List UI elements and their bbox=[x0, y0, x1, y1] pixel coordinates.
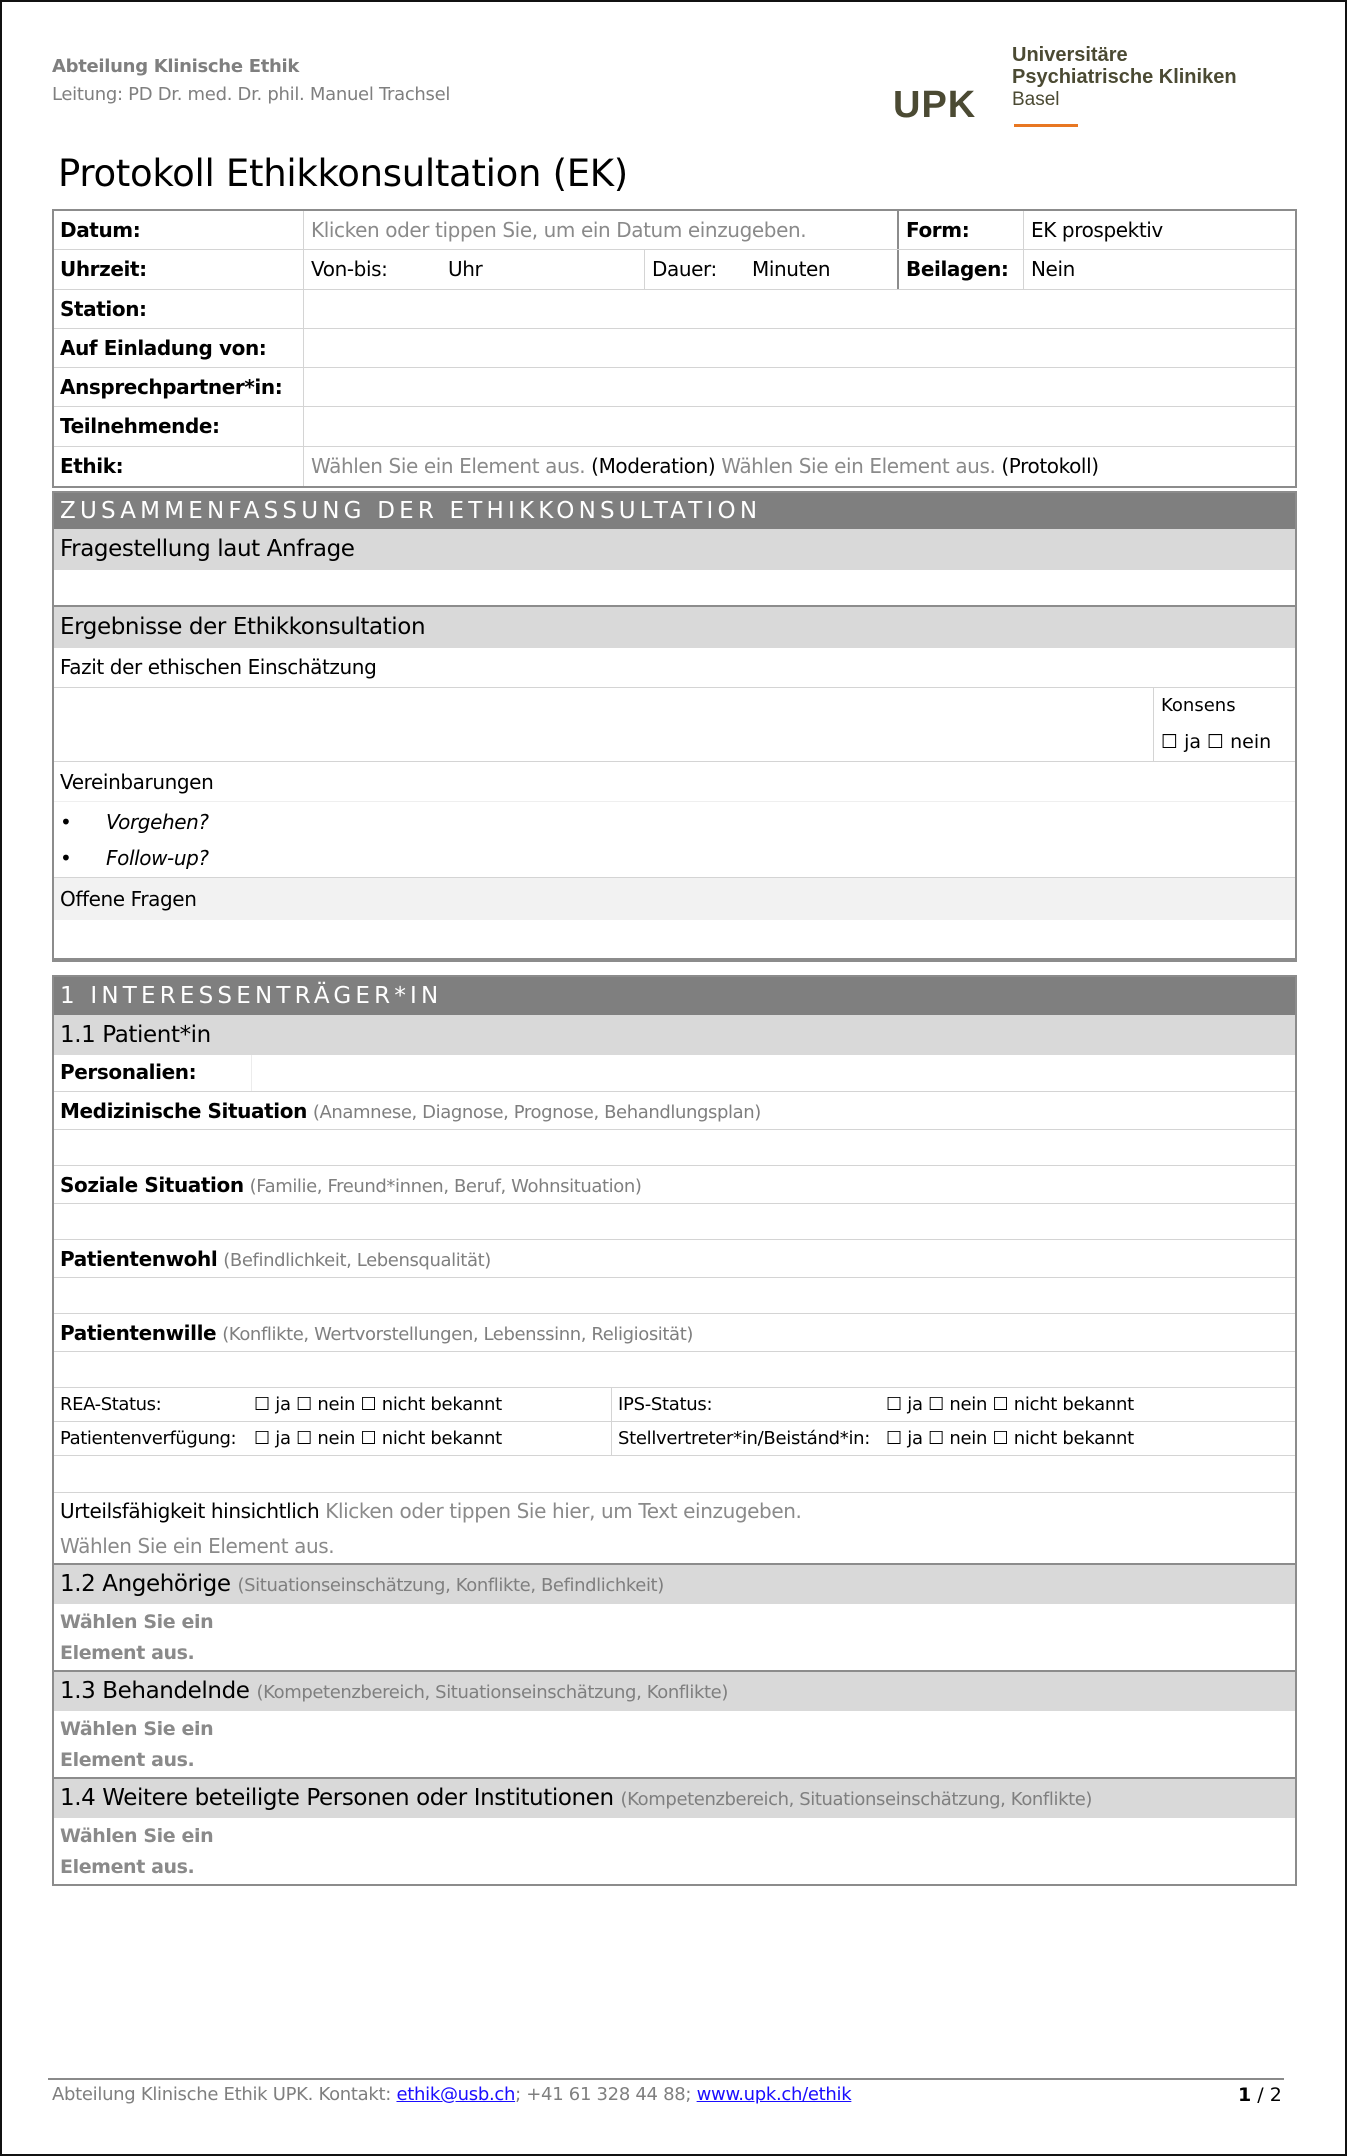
row-ethik: Ethik: Wählen Sie ein Element aus. (Mode… bbox=[54, 447, 1295, 486]
behandelnde-heading: 1.3 Behandelnde (Kompetenzbereich, Situa… bbox=[54, 1672, 1295, 1711]
moderation-role: (Moderation) bbox=[591, 454, 715, 478]
ethik-field: Wählen Sie ein Element aus. (Moderation)… bbox=[304, 447, 1295, 486]
ansprechpartner-field[interactable] bbox=[304, 368, 1295, 406]
email-link[interactable]: ethik@usb.ch bbox=[396, 2084, 515, 2105]
row-datum: Datum: Klicken oder tippen Sie, um ein D… bbox=[54, 211, 1295, 250]
vereinbarungen-label: Vereinbarungen bbox=[54, 762, 1295, 802]
wille-label: Patientenwille (Konflikte, Wertvorstellu… bbox=[54, 1314, 1295, 1352]
summary-section: ZUSAMMENFASSUNG DER ETHIKKONSULTATION Fr… bbox=[52, 491, 1297, 962]
angehoerige-heading: 1.2 Angehörige (Situationseinschätzung, … bbox=[54, 1565, 1295, 1604]
offene-fragen-heading: Offene Fragen bbox=[54, 878, 1295, 920]
station-label: Station: bbox=[54, 290, 304, 328]
wohl-label: Patientenwohl (Befindlichkeit, Lebensqua… bbox=[54, 1240, 1295, 1278]
wille-field[interactable] bbox=[54, 1352, 1295, 1388]
website-link[interactable]: www.upk.ch/ethik bbox=[697, 2084, 852, 2105]
teilnehmende-label: Teilnehmende: bbox=[54, 407, 304, 445]
footer-text: Abteilung Klinische Ethik UPK. Kontakt: bbox=[52, 2084, 396, 2105]
rea-options[interactable]: ☐ ja ☐ nein ☐ nicht bekannt bbox=[254, 1388, 611, 1421]
ergebnisse-heading: Ergebnisse der Ethikkonsultation bbox=[54, 607, 1295, 648]
section-1-header: 1 INTERESSENTRÄGER*IN bbox=[54, 977, 1295, 1015]
urteil-dropdown[interactable]: Wählen Sie ein Element aus. bbox=[60, 1534, 334, 1558]
logo-line-2: Psychiatrische Kliniken bbox=[1012, 66, 1237, 89]
minuten-label: Minuten bbox=[752, 257, 830, 281]
footer-phone: ; +41 61 328 44 88; bbox=[515, 2084, 697, 2105]
weitere-heading: 1.4 Weitere beteiligte Personen oder Ins… bbox=[54, 1779, 1295, 1818]
einladung-field[interactable] bbox=[304, 329, 1295, 367]
row-teilnehmende: Teilnehmende: bbox=[54, 407, 1295, 446]
status-row: REA-Status: ☐ ja ☐ nein ☐ nicht bekannt … bbox=[54, 1388, 1295, 1422]
medizinisch-field[interactable] bbox=[54, 1130, 1295, 1166]
status-row: Patientenverfügung: ☐ ja ☐ nein ☐ nicht … bbox=[54, 1422, 1295, 1456]
fazit-field[interactable] bbox=[54, 688, 1153, 761]
ips-label: IPS-Status: bbox=[611, 1388, 886, 1421]
list-item: • Follow-up? bbox=[54, 840, 1295, 876]
patient-heading: 1.1 Patient*in bbox=[54, 1015, 1295, 1055]
datum-label: Datum: bbox=[54, 211, 304, 249]
status-empty-row[interactable] bbox=[54, 1456, 1295, 1493]
konsens-label: Konsens bbox=[1161, 688, 1295, 724]
patientenverfuegung-options[interactable]: ☐ ja ☐ nein ☐ nicht bekannt bbox=[254, 1422, 611, 1455]
fragestellung-field[interactable] bbox=[54, 570, 1295, 607]
row-station: Station: bbox=[54, 290, 1295, 329]
fragestellung-heading: Fragestellung laut Anfrage bbox=[54, 529, 1295, 570]
vereinbarungen-list[interactable]: • Vorgehen? • Follow-up? bbox=[54, 802, 1295, 878]
stellvertreter-label: Stellvertreter*in/Beistánd*in: bbox=[611, 1422, 886, 1455]
einladung-label: Auf Einladung von: bbox=[54, 329, 304, 367]
moderation-dropdown[interactable]: Wählen Sie ein Element aus. bbox=[311, 454, 585, 478]
row-uhrzeit: Uhrzeit: Von-bis: Uhr Dauer: Minuten Bei… bbox=[54, 250, 1295, 289]
uhrzeit-field[interactable]: Uhr bbox=[448, 250, 644, 288]
station-field[interactable] bbox=[304, 290, 1295, 328]
section-1: 1 INTERESSENTRÄGER*IN 1.1 Patient*in Per… bbox=[52, 975, 1297, 1886]
footer: Abteilung Klinische Ethik UPK. Kontakt: … bbox=[52, 2084, 851, 2105]
protokoll-role: (Protokoll) bbox=[1001, 454, 1098, 478]
ips-options[interactable]: ☐ ja ☐ nein ☐ nicht bekannt bbox=[886, 1388, 1295, 1421]
beilagen-value[interactable]: Nein bbox=[1023, 250, 1295, 288]
ansprechpartner-label: Ansprechpartner*in: bbox=[54, 368, 304, 406]
department-name: Abteilung Klinische Ethik bbox=[52, 56, 299, 77]
uhrzeit-label: Uhrzeit: bbox=[54, 250, 304, 288]
behandelnde-dropdown[interactable]: Wählen Sie ein Element aus. bbox=[54, 1711, 1295, 1779]
page-number: 1 / 2 bbox=[1238, 2084, 1282, 2106]
department-leadership: Leitung: PD Dr. med. Dr. phil. Manuel Tr… bbox=[52, 84, 450, 105]
form-value[interactable]: EK prospektiv bbox=[1023, 211, 1295, 249]
angehoerige-dropdown[interactable]: Wählen Sie ein Element aus. bbox=[54, 1604, 1295, 1672]
ethik-label: Ethik: bbox=[54, 447, 304, 486]
fazit-label: Fazit der ethischen Einschätzung bbox=[54, 648, 1295, 688]
page-title: Protokoll Ethikkonsultation (EK) bbox=[58, 152, 628, 195]
vonbis-label: Von-bis: bbox=[304, 250, 448, 288]
logo-accent-bar bbox=[1014, 124, 1078, 127]
urteil-select-row: Wählen Sie ein Element aus. bbox=[54, 1530, 1295, 1565]
bullet-icon: • bbox=[54, 804, 106, 840]
stellvertreter-options[interactable]: ☐ ja ☐ nein ☐ nicht bekannt bbox=[886, 1422, 1295, 1455]
urteil-label: Urteilsfähigkeit hinsichtlich bbox=[60, 1499, 319, 1523]
info-table: Datum: Klicken oder tippen Sie, um ein D… bbox=[52, 209, 1297, 488]
footer-divider bbox=[48, 2078, 1284, 2080]
beilagen-label: Beilagen: bbox=[897, 250, 1023, 288]
konsens-cell: Konsens ☐ ja ☐ nein bbox=[1153, 688, 1295, 761]
logo-short: UPK bbox=[893, 84, 976, 127]
sozial-label: Soziale Situation (Familie, Freund*innen… bbox=[54, 1166, 1295, 1204]
personalien-field[interactable] bbox=[252, 1055, 1295, 1091]
logo-line-3: Basel bbox=[1012, 89, 1060, 111]
teilnehmende-field[interactable] bbox=[304, 407, 1295, 445]
rea-label: REA-Status: bbox=[54, 1388, 254, 1421]
patientenverfuegung-label: Patientenverfügung: bbox=[54, 1422, 254, 1455]
sozial-field[interactable] bbox=[54, 1204, 1295, 1240]
datum-field[interactable]: Klicken oder tippen Sie, um ein Datum ei… bbox=[304, 211, 897, 249]
summary-header: ZUSAMMENFASSUNG DER ETHIKKONSULTATION bbox=[54, 493, 1295, 529]
medizinisch-label: Medizinische Situation (Anamnese, Diagno… bbox=[54, 1092, 1295, 1130]
urteil-input[interactable]: Klicken oder tippen Sie hier, um Text ei… bbox=[325, 1499, 801, 1523]
urteil-row: Urteilsfähigkeit hinsichtlich Klicken od… bbox=[54, 1493, 1295, 1530]
upk-logo: UPK Universitäre Psychiatrische Kliniken… bbox=[893, 44, 1293, 134]
wohl-field[interactable] bbox=[54, 1278, 1295, 1314]
row-einladung: Auf Einladung von: bbox=[54, 329, 1295, 368]
logo-line-1: Universitäre bbox=[1012, 44, 1128, 67]
weitere-dropdown[interactable]: Wählen Sie ein Element aus. bbox=[54, 1818, 1295, 1884]
form-label: Form: bbox=[897, 211, 1023, 249]
uhr-label: Uhr bbox=[448, 257, 482, 281]
dauer-label: Dauer: bbox=[644, 250, 752, 288]
bullet-icon: • bbox=[54, 840, 106, 876]
konsens-options[interactable]: ☐ ja ☐ nein bbox=[1161, 724, 1295, 760]
fazit-row: Konsens ☐ ja ☐ nein bbox=[54, 688, 1295, 762]
dauer-field[interactable]: Minuten bbox=[752, 250, 897, 288]
personalien-label: Personalien: bbox=[54, 1055, 252, 1091]
offene-fragen-field[interactable] bbox=[54, 920, 1295, 960]
list-item: • Vorgehen? bbox=[54, 804, 1295, 840]
protokoll-dropdown[interactable]: Wählen Sie ein Element aus. bbox=[721, 454, 995, 478]
personalien-row: Personalien: bbox=[54, 1055, 1295, 1092]
row-ansprechpartner: Ansprechpartner*in: bbox=[54, 368, 1295, 407]
